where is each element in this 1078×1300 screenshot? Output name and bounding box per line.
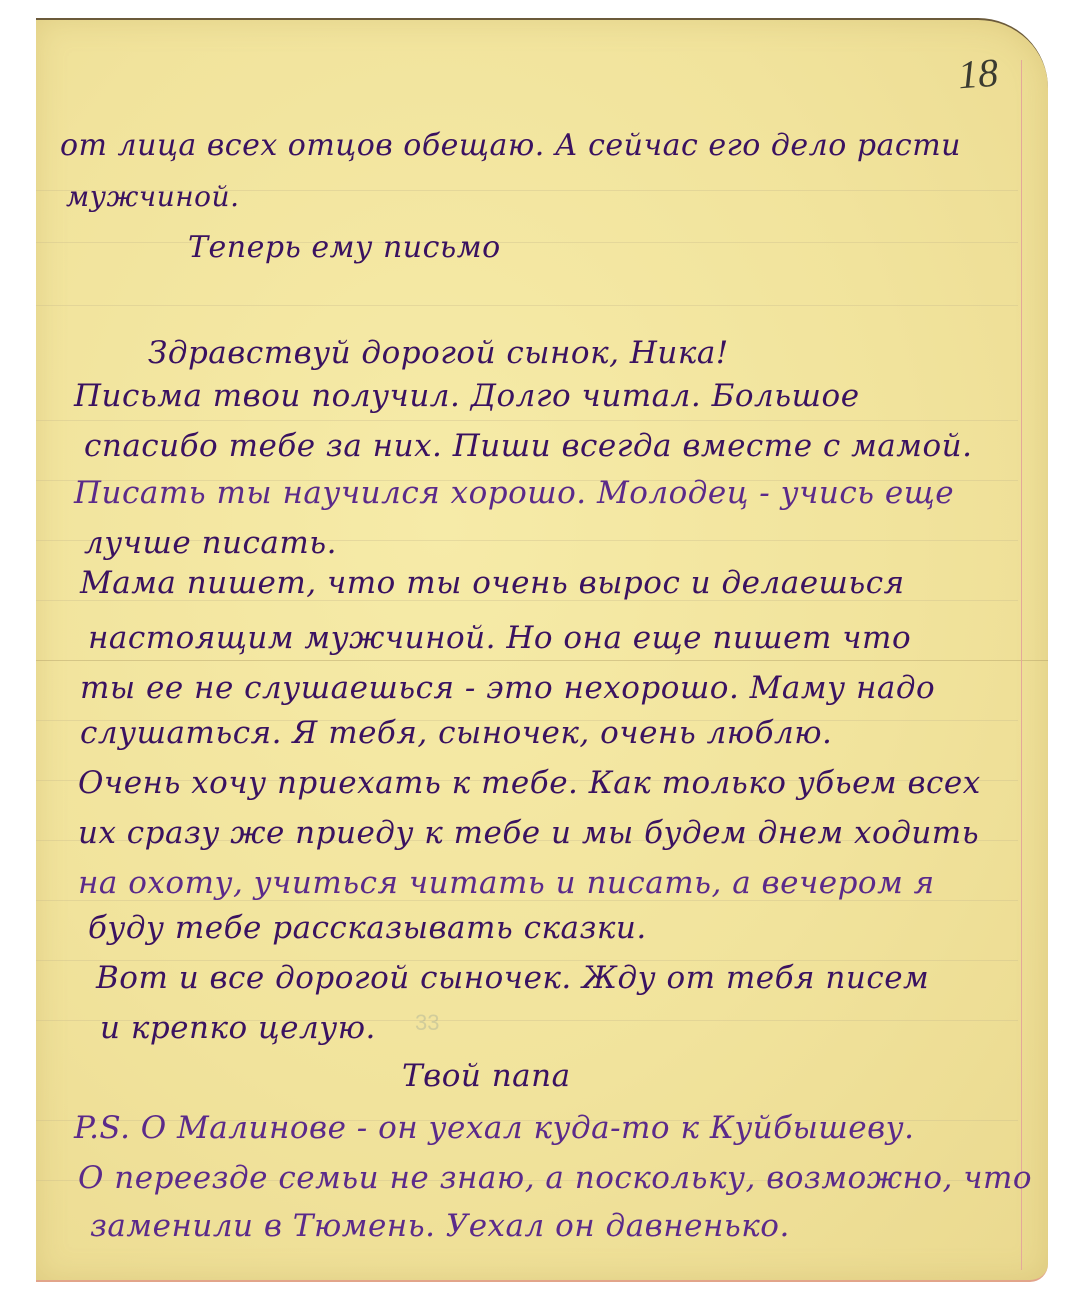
letter-line: и крепко целую. — [100, 1010, 376, 1046]
letter-signature: Твой папа — [402, 1058, 571, 1094]
letter-line: спасибо тебе за них. Пиши всегда вместе … — [84, 428, 972, 464]
letter-line: Мама пишет, что ты очень вырос и делаешь… — [80, 565, 905, 601]
fold-crease — [36, 660, 1048, 661]
margin-line — [1021, 60, 1022, 1270]
faint-stamp: 33 — [415, 1010, 439, 1036]
postscript-line: заменили в Тюмень. Уехал он давненько. — [90, 1208, 790, 1244]
letter-line: Писать ты научился хорошо. Молодец - учи… — [74, 475, 954, 511]
letter-line: буду тебе рассказывать сказки. — [88, 910, 647, 946]
letter-line: Вот и все дорогой сыночек. Жду от тебя п… — [96, 960, 929, 996]
letter-line: настоящим мужчиной. Но она еще пишет что — [88, 620, 911, 656]
ruled-line — [36, 305, 1018, 306]
letter-line: лучше писать. — [84, 525, 337, 561]
letter-heading: Теперь ему письмо — [188, 230, 501, 265]
letter-line: их сразу же приеду к тебе и мы будем дне… — [78, 815, 979, 851]
letter-line: ты ее не слушаешься - это нехорошо. Маму… — [80, 670, 935, 706]
letter-line: от лица всех отцов обещаю. А сейчас его … — [60, 128, 961, 163]
letter-line: Очень хочу приехать к тебе. Как только у… — [78, 765, 981, 801]
letter-line: мужчиной. — [66, 180, 239, 213]
postscript-line: P.S. О Малинове - он уехал куда-то к Куй… — [74, 1110, 915, 1146]
letter-line: слушаться. Я тебя, сыночек, очень люблю. — [80, 715, 832, 751]
ruled-line — [36, 420, 1018, 421]
letter-line: на охоту, учиться читать и писать, а веч… — [78, 865, 935, 901]
archive-page-number: 18 — [956, 49, 999, 99]
letter-greeting: Здравствуй дорогой сынок, Ника! — [148, 335, 729, 371]
postscript-line: О переезде семьи не знаю, а поскольку, в… — [78, 1160, 1032, 1196]
ruled-line — [36, 242, 1018, 243]
letter-line: Письма твои получил. Долго читал. Большо… — [74, 378, 860, 414]
